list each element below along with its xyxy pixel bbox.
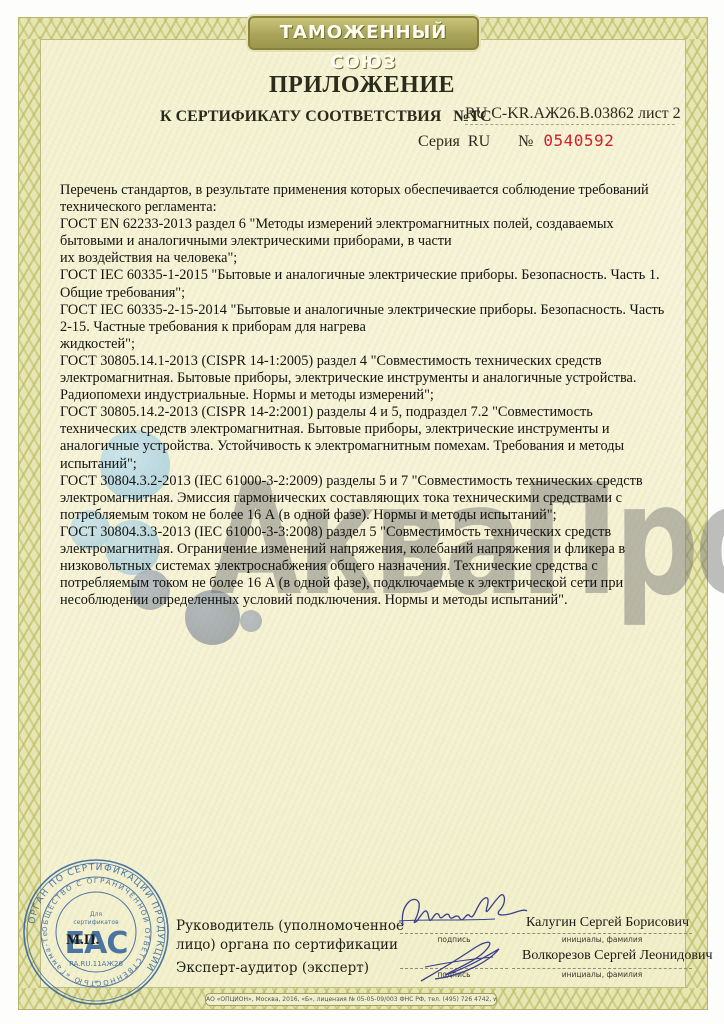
head-name-caption: инициалы, фамилия	[512, 935, 692, 944]
expert-name-line	[512, 968, 692, 969]
standard-line: ГОСТ 30804.3.2-2013 (IEC 61000-3-2:2009)…	[60, 473, 680, 490]
standards-list: Перечень стандартов, в результате примен…	[60, 182, 680, 609]
printer-imprint: АО «ОПЦИОН», Москва, 2016, «Б», лицензия…	[205, 993, 497, 1006]
standard-line: ГОСТ 30804.3.3-2013 (IEC 61000-3-3:2008)…	[60, 524, 680, 541]
customs-union-banner: ТАМОЖЕННЫЙ СОЮЗ	[248, 16, 479, 50]
expert-signature-icon	[415, 935, 510, 985]
standard-line: электромагнитная. Эмиссия гармонических …	[60, 490, 680, 507]
standard-line: технического регламента:	[60, 199, 680, 216]
series-label: Серия	[418, 133, 460, 150]
standard-line: ГОСТ 30805.14.2-2013 (CISPR 14-2:2001) р…	[60, 404, 680, 421]
standard-line: низковольтных системах электроснабжения …	[60, 558, 680, 575]
svg-text:*: *	[94, 979, 98, 988]
standard-line: потребляемым током не более 16 А (в одно…	[60, 507, 680, 524]
certificate-number: RU C-KR.АЖ26.В.03862 лист 2	[465, 105, 675, 125]
page-title: ПРИЛОЖЕНИЕ	[0, 72, 724, 99]
expert-name-caption: инициалы, фамилия	[512, 970, 692, 979]
expert-role: Эксперт-аудитор (эксперт)	[176, 960, 369, 976]
standard-line: 2-15. Частные требования к приборам для …	[60, 319, 680, 336]
standard-line: ГОСТ 30805.14.1-2013 (CISPR 14-1:2005) р…	[60, 353, 680, 370]
standard-line: ГОСТ IEC 60335-2-15-2014 "Бытовые и анал…	[60, 302, 680, 319]
form-number: 0540592	[543, 131, 614, 150]
standard-line: Перечень стандартов, в результате примен…	[60, 182, 680, 199]
standard-line: жидкостей";	[60, 336, 680, 353]
standard-line: ГОСТ IEC 60335-1-2015 "Бытовые и аналоги…	[60, 267, 680, 284]
head-signature-icon	[395, 885, 530, 940]
expert-name: Волкорезов Сергей Леонидович	[522, 948, 713, 964]
svg-text:Для: Для	[90, 911, 103, 918]
head-name: Калугин Сергей Борисович	[526, 915, 689, 931]
seal-place-label: М.П.	[66, 932, 99, 949]
certificate-label: К СЕРТИФИКАТУ СООТВЕТСТВИЯ	[160, 108, 441, 125]
head-role-line2: лицо) органа по сертификации	[176, 937, 398, 953]
standard-line: технических средств электромагнитная. Бы…	[60, 421, 680, 438]
series-line: Серия RU № 0540592	[418, 131, 614, 151]
standard-line: электромагнитная. Бытовые приборы, элект…	[60, 370, 680, 387]
series-value: RU	[468, 133, 490, 150]
standard-line: несоблюдении определенных условий подклю…	[60, 592, 680, 609]
standard-line: Радиопомехи индустриальные. Нормы и мето…	[60, 387, 680, 404]
svg-text:RA.RU.11АЖ26: RA.RU.11АЖ26	[69, 960, 123, 968]
svg-text:сертификатов: сертификатов	[73, 919, 119, 926]
standard-line: испытаний";	[60, 456, 680, 473]
standard-line: Общие требования";	[60, 285, 680, 302]
standard-line: электромагнитная. Ограничение изменений …	[60, 541, 680, 558]
standard-line: аналогичные устройства. Устойчивость к э…	[60, 438, 680, 455]
head-name-line	[512, 933, 692, 934]
head-role-line1: Руководитель (уполномоченное	[176, 918, 404, 934]
standard-line: бытовыми и аналогичными электрическими п…	[60, 233, 680, 250]
standard-line: ГОСТ EN 62233-2013 раздел 6 "Методы изме…	[60, 216, 680, 233]
standard-line: их воздействия на человека";	[60, 250, 680, 267]
standard-line: потребляемым током не более 16 А (в одно…	[60, 575, 680, 592]
certificate-reference: К СЕРТИФИКАТУ СООТВЕТСТВИЯ №ТС RU C-KR.А…	[160, 108, 492, 126]
number-sign: №	[518, 133, 533, 150]
